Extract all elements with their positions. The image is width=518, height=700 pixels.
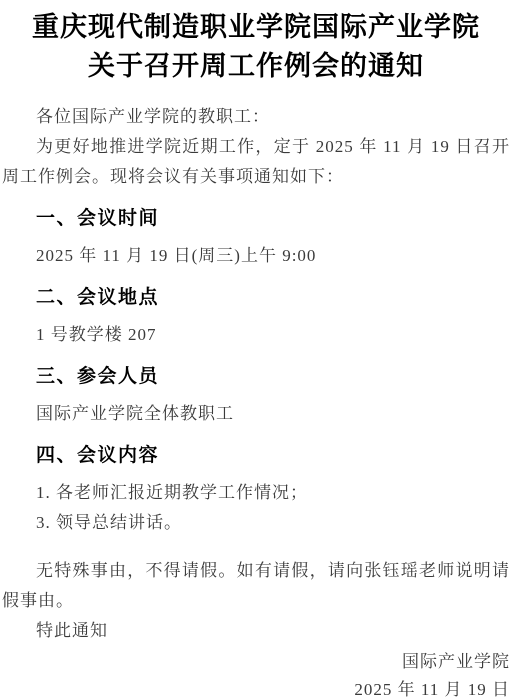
- signature-org: 国际产业学院: [2, 648, 510, 676]
- agenda-item-2: 3. 领导总结讲话。: [2, 508, 510, 538]
- meeting-location-heading: 二、会议地点: [2, 286, 510, 310]
- leave-policy-paragraph: 无特殊事由，不得请假。如有请假，请向张钰瑶老师说明请假事由。: [2, 556, 510, 616]
- intro-paragraph: 为更好地推进学院近期工作，定于 2025 年 11 月 19 日召开周工作例会。…: [2, 132, 510, 192]
- attendees-value: 国际产业学院全体教职工: [2, 399, 510, 429]
- attendees-heading: 三、参会人员: [2, 365, 510, 389]
- closing-statement: 特此通知: [2, 616, 510, 646]
- meeting-time-value: 2025 年 11 月 19 日(周三)上午 9:00: [2, 241, 510, 271]
- title-line-2: 关于召开周工作例会的通知: [2, 47, 510, 86]
- agenda-item-1: 1. 各老师汇报近期教学工作情况；: [2, 478, 510, 508]
- salutation-paragraph: 各位国际产业学院的教职工：: [2, 102, 510, 132]
- document-title: 重庆现代制造职业学院国际产业学院 关于召开周工作例会的通知: [2, 8, 510, 86]
- meeting-location-value: 1 号教学楼 207: [2, 320, 510, 350]
- signature-date: 2025 年 11 月 19 日: [2, 676, 510, 700]
- meeting-content-heading: 四、会议内容: [2, 444, 510, 468]
- signature-block: 国际产业学院 2025 年 11 月 19 日: [2, 648, 510, 700]
- meeting-time-heading: 一、会议时间: [2, 207, 510, 231]
- notice-document: 重庆现代制造职业学院国际产业学院 关于召开周工作例会的通知 各位国际产业学院的教…: [0, 0, 518, 700]
- title-line-1: 重庆现代制造职业学院国际产业学院: [2, 8, 510, 47]
